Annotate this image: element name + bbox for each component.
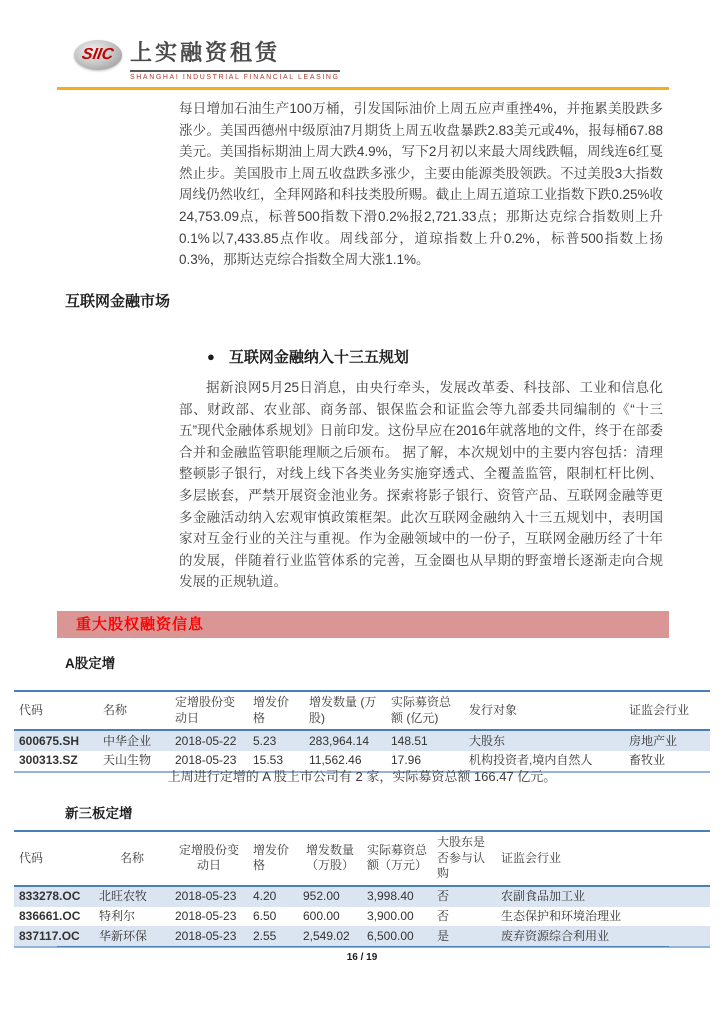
neeq-table: 代码 名称 定增股份变动日 增发价格 增发数量（万股） 实际募资总额（万元） 大… [14,830,710,948]
col-header-issue-target: 发行对象 [464,691,624,730]
cell-raised-total: 148.51 [386,730,464,751]
col-header-raised-total: 实际募资总额 (亿元) [386,691,464,730]
col-header-csrc-industry: 证监会行业 [496,831,710,886]
cell-code: 837117.OC [14,926,94,947]
cell-majority-participation: 是 [432,926,496,947]
cell-name: 特利尔 [94,907,170,927]
cell-name: 中华企业 [98,730,170,751]
cell-issue-volume: 600.00 [298,907,362,927]
a-share-note: 上周进行定增的 A 股上市公司有 2 家，实际募资总额 166.47 亿元。 [20,766,704,785]
cell-majority-participation: 否 [432,886,496,907]
cell-csrc-industry: 农副食品加工业 [496,886,710,907]
cell-name: 北旺农牧 [94,886,170,907]
table-row: 836661.OC 特利尔 2018-05-23 6.50 600.00 3,9… [14,907,710,927]
bullet-heading: ●互联网金融纳入十三五规划 [207,346,409,367]
a-share-table: 代码 名称 定增股份变动日 增发价格 增发数量 (万股) 实际募资总额 (亿元)… [14,690,710,773]
cell-issue-volume: 952.00 [298,886,362,907]
a-share-title: A股定增 [65,652,115,672]
col-header-change-date: 定增股份变动日 [170,831,248,886]
company-subtitle: SHANGHAI INDUSTRIAL FINANCIAL LEASING [130,74,340,81]
footer-divider [57,946,669,947]
neeq-header-row: 代码 名称 定增股份变动日 增发价格 增发数量（万股） 实际募资总额（万元） 大… [14,831,710,886]
col-header-issue-price: 增发价格 [248,831,298,886]
col-header-name: 名称 [94,831,170,886]
cell-raised-total: 3,900.00 [362,907,432,927]
col-header-issue-volume: 增发数量 (万股) [304,691,386,730]
bullet-heading-label: 互联网金融纳入十三五规划 [229,349,409,366]
cell-code: 833278.OC [14,886,94,907]
logo-text-block: 上实融资租赁 SHANGHAI INDUSTRIAL FINANCIAL LEA… [130,36,340,81]
market-summary-paragraph: 每日增加石油生产100万桶，引发国际油价上周五应声重挫4%，并拖累美股跌多涨少。… [179,98,663,271]
cell-raised-total: 6,500.00 [362,926,432,947]
major-financing-banner-label: 重大股权融资信息 [76,616,204,633]
cell-issue-price: 6.50 [248,907,298,927]
col-header-code: 代码 [14,691,98,730]
table-row: 833278.OC 北旺农牧 2018-05-23 4.20 952.00 3,… [14,886,710,907]
a-share-header-row: 代码 名称 定增股份变动日 增发价格 增发数量 (万股) 实际募资总额 (亿元)… [14,691,710,730]
col-header-majority-participation: 大股东是否参与认购 [432,831,496,886]
page-number: 16 / 19 [0,952,724,963]
siic-logo-icon: SIIC [74,40,122,70]
major-financing-banner: 重大股权融资信息 [57,611,669,638]
col-header-raised-total: 实际募资总额（万元） [362,831,432,886]
cell-name: 华新环保 [94,926,170,947]
cell-csrc-industry: 生态保护和环境治理业 [496,907,710,927]
col-header-issue-volume: 增发数量（万股） [298,831,362,886]
cell-issue-price: 5.23 [248,730,304,751]
table-row: 600675.SH 中华企业 2018-05-22 5.23 283,964.1… [14,730,710,751]
cell-csrc-industry: 废弃资源综合利用业 [496,926,710,947]
siic-logo: SIIC 上实融资租赁 SHANGHAI INDUSTRIAL FINANCIA… [74,36,340,81]
neeq-title: 新三板定增 [65,802,133,822]
siic-logo-text: SIIC [81,46,115,64]
cell-change-date: 2018-05-23 [170,926,248,947]
cell-code: 600675.SH [14,730,98,751]
table-row: 837117.OC 华新环保 2018-05-23 2.55 2,549.02 … [14,926,710,947]
report-page: SIIC 上实融资租赁 SHANGHAI INDUSTRIAL FINANCIA… [0,0,724,1023]
cell-change-date: 2018-05-22 [170,730,248,751]
cell-issue-price: 4.20 [248,886,298,907]
col-header-name: 名称 [98,691,170,730]
col-header-code: 代码 [14,831,94,886]
internet-finance-paragraph: 据新浪网5月25日消息，由央行牵头，发展改革委、科技部、工业和信息化部、财政部、… [179,377,663,593]
cell-issue-volume: 283,964.14 [304,730,386,751]
header-divider [57,87,669,90]
cell-issue-volume: 2,549.02 [298,926,362,947]
col-header-csrc-industry: 证监会行业 [624,691,710,730]
cell-majority-participation: 否 [432,907,496,927]
cell-change-date: 2018-05-23 [170,886,248,907]
cell-code: 836661.OC [14,907,94,927]
col-header-issue-price: 增发价格 [248,691,304,730]
company-name: 上实融资租赁 [130,36,340,72]
cell-issue-price: 2.55 [248,926,298,947]
col-header-change-date: 定增股份变动日 [170,691,248,730]
bullet-icon: ● [207,349,215,364]
section-title-internet-finance: 互联网金融市场 [65,290,170,311]
cell-issue-target: 大股东 [464,730,624,751]
cell-change-date: 2018-05-23 [170,907,248,927]
cell-csrc-industry: 房地产业 [624,730,710,751]
cell-raised-total: 3,998.40 [362,886,432,907]
